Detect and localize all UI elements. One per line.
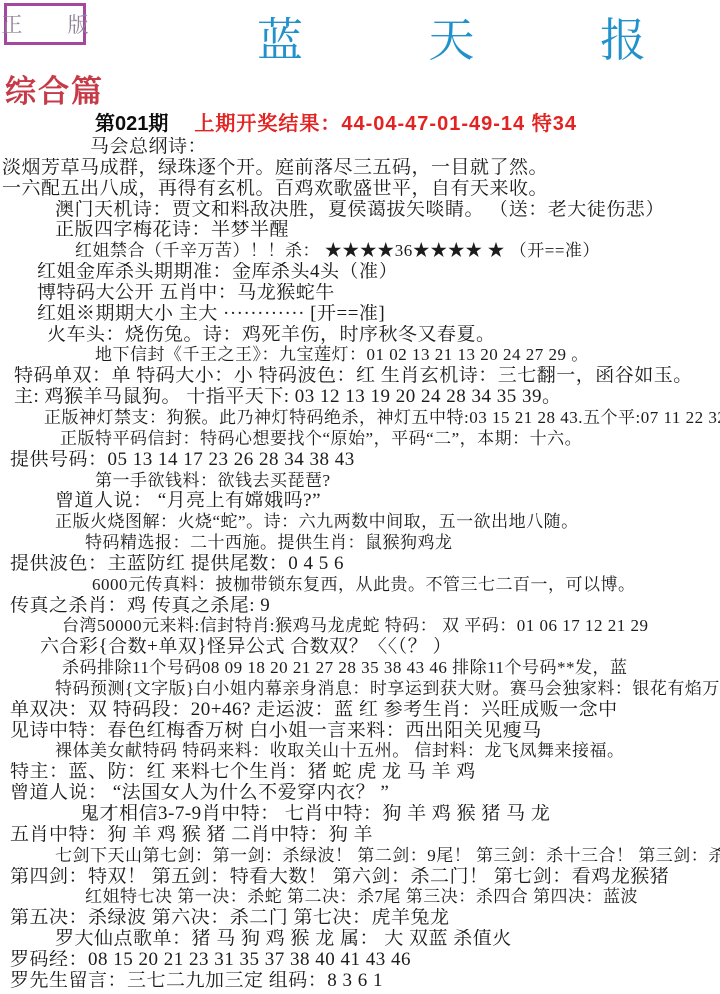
text-line: 六合彩{合数+单双}怪异公式 合数双？〈〈（？ ） xyxy=(0,637,720,658)
edition-badge-label: 正 版 xyxy=(1,9,108,39)
text-line: 罗码经：08 15 20 21 23 31 35 37 38 40 41 43 … xyxy=(0,950,720,971)
text-line: 鬼才相信3-7-9肖中特： 七肖中特：狗 羊 鸡 猴 猪 马 龙 xyxy=(0,804,720,825)
edition-badge: 正 版 xyxy=(4,3,86,45)
last-draw-result: 上期开奖结果：44-04-47-01-49-14 特34 xyxy=(194,107,577,136)
text-line: 红姐特七决 第一决：杀蛇 第二决：杀7尾 第三决：杀四合 第四决：蓝波 xyxy=(0,887,720,908)
body-lines: 马会总纲诗：淡烟芳草马成群，绿珠逐个开。庭前落尽三五码，一目就了然。一六配五出八… xyxy=(0,137,720,992)
text-line: 博特码大公开 五肖中：马龙猴蛇牛 xyxy=(0,283,720,304)
text-line: 杀码排除11个号码08 09 18 20 21 27 28 35 38 43 4… xyxy=(0,658,720,679)
text-line: 第四剑：特双！ 第五剑：特看大数！ 第六剑：杀二门！ 第七剑：看鸡龙猴猪 xyxy=(0,867,720,888)
text-line: 特码单双：单 特码大小：小 特码波色：红 生肖玄机诗：三七翻一，函谷如玉。 xyxy=(0,366,720,387)
text-line: 罗大仙点歌单：猪 马 狗 鸡 猴 龙 属： 大 双蓝 杀值火 xyxy=(0,929,720,950)
text-line: 五肖中特：狗 羊 鸡 猴 猪 二肖中特：狗 羊 xyxy=(0,825,720,846)
section-title: 综合篇 xyxy=(5,66,104,111)
text-line: 淡烟芳草马成群，绿珠逐个开。庭前落尽三五码，一目就了然。 xyxy=(0,158,720,179)
page-title: 蓝 天 报 xyxy=(257,4,703,70)
text-line: 提供波色：主蓝防红 提供尾数：0 4 5 6 xyxy=(0,554,720,575)
text-line: 特主：蓝、防：红 来料七个生肖：猪 蛇 虎 龙 马 羊 鸡 xyxy=(0,762,720,783)
text-line: 正版火烧图解：火烧“蛇”。诗：六九两数中间取，五一欲出地八随。 xyxy=(0,512,720,533)
text-line: 火车头：烧伤兔。诗：鸡死羊伤，时序秋冬又春夏。 xyxy=(0,325,720,346)
text-line: 罗先生留言：三七二九加三定 组码：8 3 6 1 xyxy=(0,971,720,992)
text-line: 红姐金库杀头期期准：金库杀头4头（准） xyxy=(0,262,720,283)
text-line: 见诗中特：春色红梅香万树 白小姐一言来料：西出阳关见瘦马 xyxy=(0,721,720,742)
text-line: 主: 鸡猴羊马鼠狗。 十指平天下: 03 12 13 19 20 24 28 3… xyxy=(0,387,720,408)
text-line: 传真之杀肖：鸡 传真之杀尾: 9 xyxy=(0,596,720,617)
text-line: 澳门天机诗：贾文和料敌决胜，夏侯蔼拔矢啖睛。 （送：老大徒伤悲） xyxy=(0,200,720,221)
text-line: 提供号码：05 13 14 17 23 26 28 34 38 43 xyxy=(0,450,720,471)
text-line: 红姐禁合（千辛万苦）！！杀： ★★★★36★★★★ ★ （开==准） xyxy=(0,241,720,262)
text-line: 马会总纲诗： xyxy=(0,137,720,158)
text-line: 台湾50000元来料:信封特肖:猴鸡马龙虎蛇 特码： 双 平码：01 06 17… xyxy=(0,616,720,637)
text-line: 单双决：双 特码段：20+46? 走运波：蓝 红 参考生肖：兴旺成贩一念中 xyxy=(0,700,720,721)
text-line: 第五决：杀绿波 第六决：杀二门 第七决：虎羊兔龙 xyxy=(0,908,720,929)
text-line: 地下信封《千王之王》：九宝莲灯：01 02 13 21 13 20 24 27 … xyxy=(0,345,720,366)
text-line: 特码精选报：二十西施。提供生肖：鼠猴狗鸡龙 xyxy=(0,533,720,554)
text-line: 曾道人说： “月亮上有嫦娥吗?” xyxy=(0,491,720,512)
issue-number: 第021期 xyxy=(95,107,168,136)
text-line: 第一手欲钱料：欲钱去买琵琶? xyxy=(0,471,720,492)
text-line: 正版四字梅花诗：半梦半醒 xyxy=(0,220,720,241)
text-line: 裸体美女献特码 特码来料：收取关山十五州。 信封料：龙飞凤舞来接福。 xyxy=(0,741,720,762)
text-line: 正版特平码信封：特码心想要找个“原始”，平码“二”，本期：十六。 xyxy=(0,429,720,450)
text-line: 6000元传真料：披枷带锁东复西，从此贵。不管三七二百一，可以博。 xyxy=(0,575,720,596)
issue-row: 第021期 上期开奖结果：44-04-47-01-49-14 特34 xyxy=(95,107,577,136)
text-line: 红姐※期期大小 主大 ············ [开==准] xyxy=(0,304,720,325)
text-line: 七剑下天山第七剑：第一剑：杀绿波！ 第二剑：9尾！ 第三剑：杀十三合！ 第三剑：… xyxy=(0,846,720,867)
text-line: 特码预测{文字版}白小姐内幕亲身消息：时享运到获大财。赛马会独家料：银花有焰万家… xyxy=(0,679,720,700)
text-line: 曾道人说： “法国女人为什么不爱穿内衣？ ” xyxy=(0,783,720,804)
text-line: 一六配五出八成，再得有玄机。百鸡欢歌盛世平，自有天来收。 xyxy=(0,179,720,200)
text-line: 正版神灯禁支：狗猴。此乃神灯特码绝杀，神灯五中特:03 15 21 28 43.… xyxy=(0,408,720,429)
